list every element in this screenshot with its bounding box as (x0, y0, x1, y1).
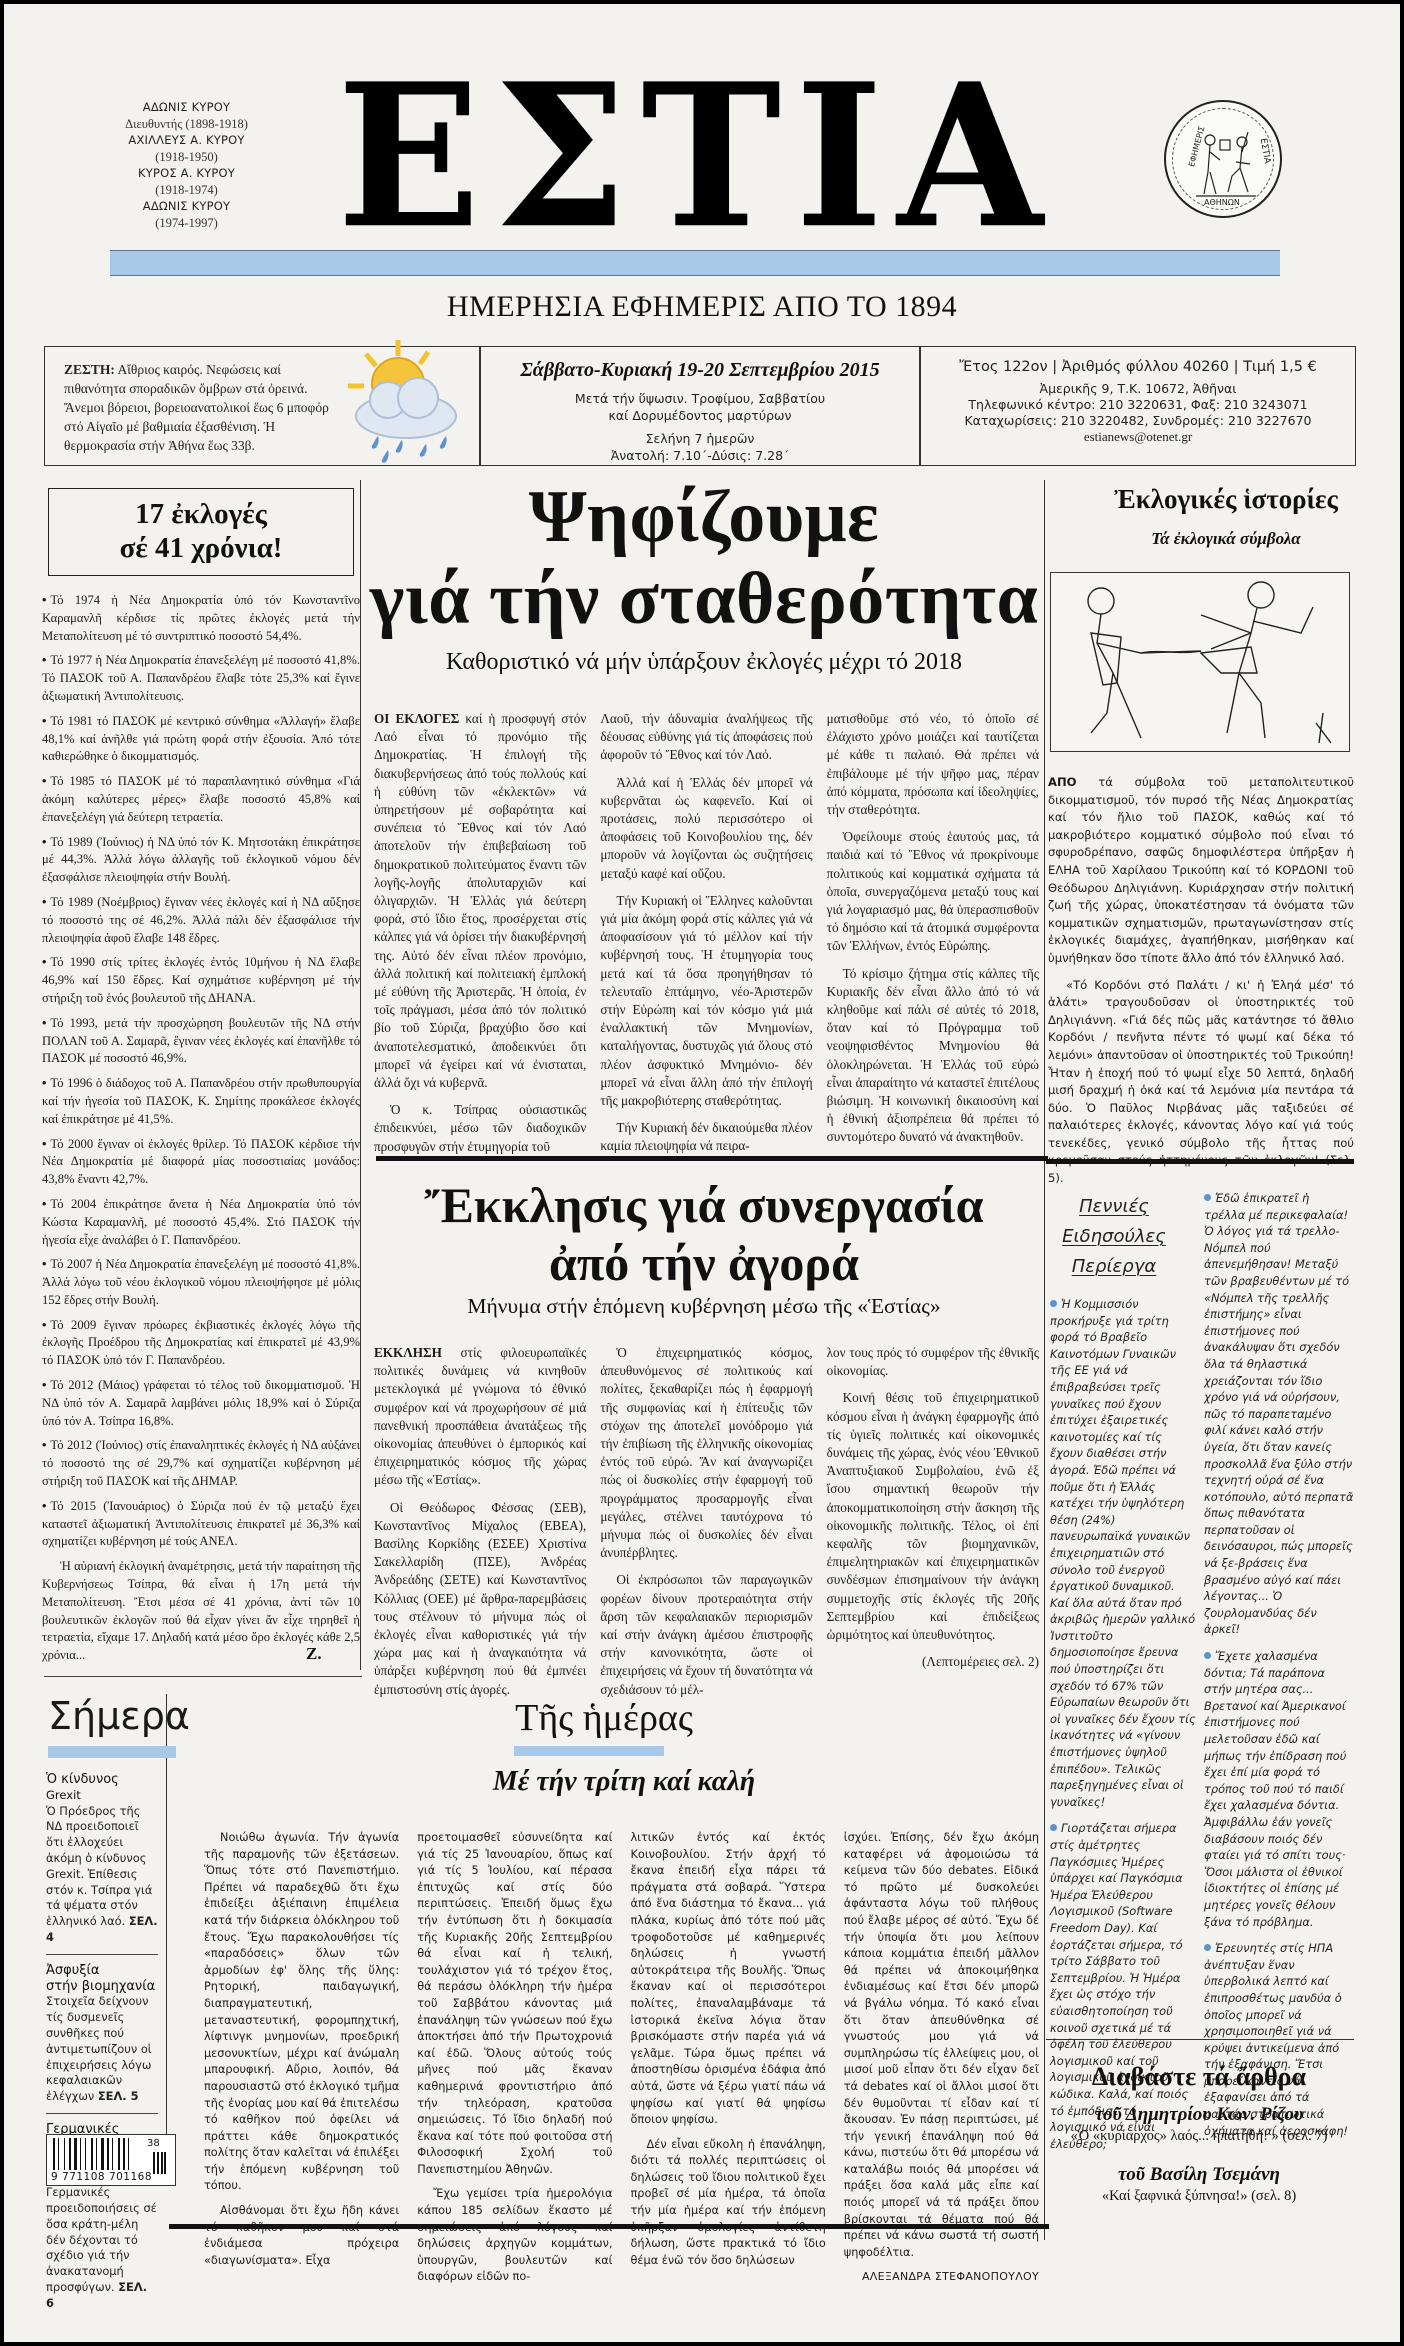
divider (1046, 2039, 1354, 2040)
masthead-logo: ΕΣΤΙΑ (287, 78, 1107, 236)
bullet-icon: • (42, 593, 46, 607)
gossip-column-left: Ἡ Κομμισσιόν προκήρυξε γιά τρίτη φορά τό… (1050, 1296, 1196, 2162)
today-item[interactable]: Ἀσφυξία στήν βιομηχανία Στοιχεῖα δείχνου… (46, 1963, 158, 2105)
column-divider (360, 480, 361, 1670)
second-article-body: ΕΚΚΛΗΣΗ στίς φιλοευρωπαϊκές πολιτικές δυ… (374, 1344, 1039, 1708)
masthead-tagline: ΗΜΕΡΗΣΙΑ ΕΦΗΜΕΡΙΣ ΑΠΟ ΤΟ 1894 (4, 290, 1400, 324)
gossip-column-right: Ἐδῶ ἐπικρατεῖ ἡ τρέλλα μέ περικεφαλαία! … (1204, 1190, 1354, 2149)
of-the-day-headline[interactable]: Μέ τήν τρίτη καί καλή (434, 1766, 814, 1798)
today-accent-bar (48, 1746, 176, 1758)
political-cartoon-image (1050, 572, 1350, 752)
election-bullet-item: •Τό 2007 ἡ Νέα Δημοκρατία ἐπανεξελέγη μέ… (42, 1256, 360, 1309)
bullet-icon: • (42, 895, 46, 909)
bullet-icon: • (42, 1499, 46, 1513)
issue-date: Σάββατο-Κυριακή 19-20 Σεπτεμβρίου 2015 (481, 359, 919, 382)
section-rule (169, 2224, 1049, 2229)
author-signature: Z. (306, 1644, 322, 1664)
election-bullet-item: •Τό 1977 ἡ Νέα Δημοκρατία ἐπανεξελέγη μέ… (42, 652, 360, 705)
read-article-link[interactable]: τοῦ Δημητρίου Κων. Ρίζου «Ὁ «κυρίαρχος» … (1044, 2104, 1354, 2145)
gossip-item: Ἡ Κομμισσιόν προκήρυξε γιά τρίτη φορά τό… (1050, 1296, 1196, 1810)
election-stories-body: ΑΠΟ τά σύμβολα τοῦ μεταπολιτευτικοῦ δικο… (1048, 774, 1354, 1197)
election-bullet-item: •Τό 1981 τό ΠΑΣΟΚ μέ κεντρικό σύνθημα «Ἀ… (42, 713, 360, 766)
gossip-item: Ἔχετε χαλασμένα δόντια; Τά παράπονα στήν… (1204, 1648, 1354, 1930)
election-bullet-item: •Τό 1993, μετά τήν προσχώρηση βουλευτῶν … (42, 1015, 360, 1068)
election-bullet-item: •Τό 2015 (Ἰανουάριος) ὁ Σύριζα πού ἐν τῷ… (42, 1498, 360, 1551)
issue-info: Ἔτος 122ον | Ἀριθμός φύλλου 40260 | Τιμή… (921, 359, 1355, 375)
bullet-icon: • (42, 1076, 46, 1090)
bullet-dot-icon (1050, 1824, 1057, 1831)
election-stories-subtitle: Τά ἐκλογικά σύμβολα (1044, 529, 1404, 549)
weather-text: ΖΕΣΤΗ: Αἴθριος καιρός. Νεφώσεις καί πιθα… (64, 360, 329, 455)
bullet-dot-icon (1204, 1652, 1211, 1659)
bullet-icon: • (42, 653, 46, 667)
election-bullet-item: •Τό 2009 ἔγιναν πρόωρες ἐκβιαστικές ἐκλο… (42, 1317, 360, 1370)
bullet-icon: • (42, 1197, 46, 1211)
section-rule (1046, 1159, 1354, 1164)
continued-link[interactable]: (Λεπτομέρειες σελ. 2) (827, 1653, 1039, 1671)
bullet-dot-icon (1204, 1194, 1211, 1201)
election-bullet-item: •Τό 2000 ἔγιναν οἱ ἐκλογές θρίλερ. Τό ΠΑ… (42, 1136, 360, 1189)
bullet-icon: • (42, 1378, 46, 1392)
founder-years: (1918-1950) (114, 149, 259, 166)
date-box: Σάββατο-Κυριακή 19-20 Σεπτεμβρίου 2015 Μ… (480, 346, 920, 466)
today-list: Ὁ κίνδυνος Grexit Ὁ Πρόεδρος τῆς ΝΔ προε… (46, 1772, 158, 2312)
bullet-dot-icon (1050, 1300, 1057, 1307)
masthead-accent-bar (110, 250, 1280, 276)
barcode-icon: 38 9 771108 701168 (46, 2134, 176, 2186)
of-the-day-accent-bar (514, 1746, 664, 1756)
section-rule (376, 1156, 1048, 1161)
lead-article-body: ΟΙ ΕΚΛΟΓΕΣ καί ἡ προσφυγή στόν Λαό εἶναι… (374, 710, 1039, 1165)
election-bullet-item: •Τό 2012 (Ἰούνιος) στίς ἐπαναληπτικές ἐκ… (42, 1437, 360, 1490)
gossip-item: Ἐδῶ ἐπικρατεῖ ἡ τρέλλα μέ περικεφαλαία! … (1204, 1190, 1354, 1638)
of-the-day-title: Τῆς ἡμέρας (494, 1696, 714, 1740)
bullet-icon: • (42, 1318, 46, 1332)
newspaper-front-page: ΑΔΩΝΙΣ ΚΥΡΟΥ Διευθυντής (1898-1918) ΑΧΙΛ… (4, 4, 1400, 2342)
election-bullet-item: •Τό 1989 (Ἰούνιος) ἡ ΝΔ ὑπό τόν Κ. Μητσο… (42, 834, 360, 887)
bullet-icon: • (42, 1137, 46, 1151)
bullet-icon: • (42, 835, 46, 849)
election-bullet-item: •Τό 1989 (Νοέμβριος) ἔγιναν νέες ἐκλογές… (42, 894, 360, 947)
divider (44, 1676, 362, 1677)
founder-name: ΑΔΩΝΙΣ ΚΥΡΟΥ (114, 99, 259, 116)
column-divider (1044, 480, 1045, 2240)
election-bullet-item: •Τό 2012 (Μάιος) γράφεται τό τέλος τοῦ δ… (42, 1377, 360, 1430)
founder-name: ΑΔΩΝΙΣ ΚΥΡΟΥ (114, 198, 259, 215)
election-bullet-item: •Τό 1974 ἡ Νέα Δημοκρατία ὑπό τόν Κωνστα… (42, 592, 360, 645)
coin-emblem-icon: ΕΦΗΜΕΡΙΣ ΕΣΤΙΑ ΑΘΗΝΩΝ (1164, 100, 1282, 218)
bullet-dot-icon (1204, 1944, 1211, 1951)
election-bullet-item: •Τό 1996 ὁ διάδοχος τοῦ Α. Παπανδρέου στ… (42, 1075, 360, 1128)
founder-name: ΚΥΡΟΣ Α. ΚΥΡΟΥ (114, 165, 259, 182)
read-articles-title: Διαβάστε τά ἄρθρα (1044, 2062, 1354, 2092)
bullet-icon: • (42, 1438, 46, 1452)
founder-name: ΑΧΙΛΛΕΥΣ Α. ΚΥΡΟΥ (114, 132, 259, 149)
gossip-section-title: Πεννιές Ειδησούλες Περίεργα (1054, 1192, 1174, 1282)
lead-subheadline: Καθοριστικό νά μήν ὑπάρξουν ἐκλογές μέχρ… (364, 649, 1044, 676)
election-stories-title: Ἐκλογικές ἱστορίες (1044, 484, 1404, 515)
read-article-link[interactable]: τοῦ Βασίλη Τσεμάνη «Καί ξαφνικά ξύπνησα!… (1044, 2164, 1354, 2205)
today-section-title: Σήμερα (48, 1694, 158, 1738)
second-subheadline: Μήνυμα στήν ἑπόμενη κυβέρνηση μέσω τῆς «… (364, 1294, 1044, 1319)
bullet-icon: • (42, 714, 46, 728)
bullet-icon: • (42, 1016, 46, 1030)
byline: ΑΛΕΞΑΝΔΡΑ ΣΤΕΦΑΝΟΠΟΥΛΟΥ (844, 2269, 1039, 2286)
elections-box-title: 17 ἐκλογές σέ 41 χρόνια! (48, 488, 354, 576)
elections-history-list: •Τό 1974 ἡ Νέα Δημοκρατία ὑπό τόν Κωνστα… (42, 592, 360, 1672)
lead-headline[interactable]: Ψηφίζουμε γιά τήν σταθερότητα (364, 476, 1044, 640)
founder-years: (1974-1997) (114, 215, 259, 232)
election-bullet-item: •Τό 1985 τό ΠΑΣΟΚ μέ τό παραπλανητικό σύ… (42, 773, 360, 826)
election-bullet-item: •Τό 2004 ἐπικράτησε ἄνετα ἡ Νέα Δημοκρατ… (42, 1196, 360, 1249)
gossip-item: Γιορτάζεται σήμερα στίς ἁμέτρητες Παγκόσ… (1050, 1820, 1196, 2152)
founder-years: (1918-1974) (114, 182, 259, 199)
founders-list: ΑΔΩΝΙΣ ΚΥΡΟΥ Διευθυντής (1898-1918) ΑΧΙΛ… (114, 99, 259, 231)
sun-cloud-rain-icon (336, 334, 476, 474)
today-item[interactable]: Ὁ κίνδυνος Grexit Ὁ Πρόεδρος τῆς ΝΔ προε… (46, 1772, 158, 1946)
bullet-icon: • (42, 774, 46, 788)
column-divider (166, 1694, 167, 2184)
weather-label: ΖΕΣΤΗ: (64, 362, 115, 377)
second-headline[interactable]: Ἔκκλησις γιά συνεργασία ἀπό τήν ἀγορά (364, 1176, 1044, 1292)
election-bullet-item: •Τό 1990 στίς τρίτες ἐκλογές ἐντός 10μήν… (42, 954, 360, 1007)
publication-info-box: Ἔτος 122ον | Ἀριθμός φύλλου 40260 | Τιμή… (920, 346, 1356, 466)
bullet-icon: • (42, 1257, 46, 1271)
bullet-icon: • (42, 955, 46, 969)
email-link[interactable]: estianews@otenet.gr (921, 429, 1355, 445)
founder-years: Διευθυντής (1898-1918) (114, 116, 259, 133)
